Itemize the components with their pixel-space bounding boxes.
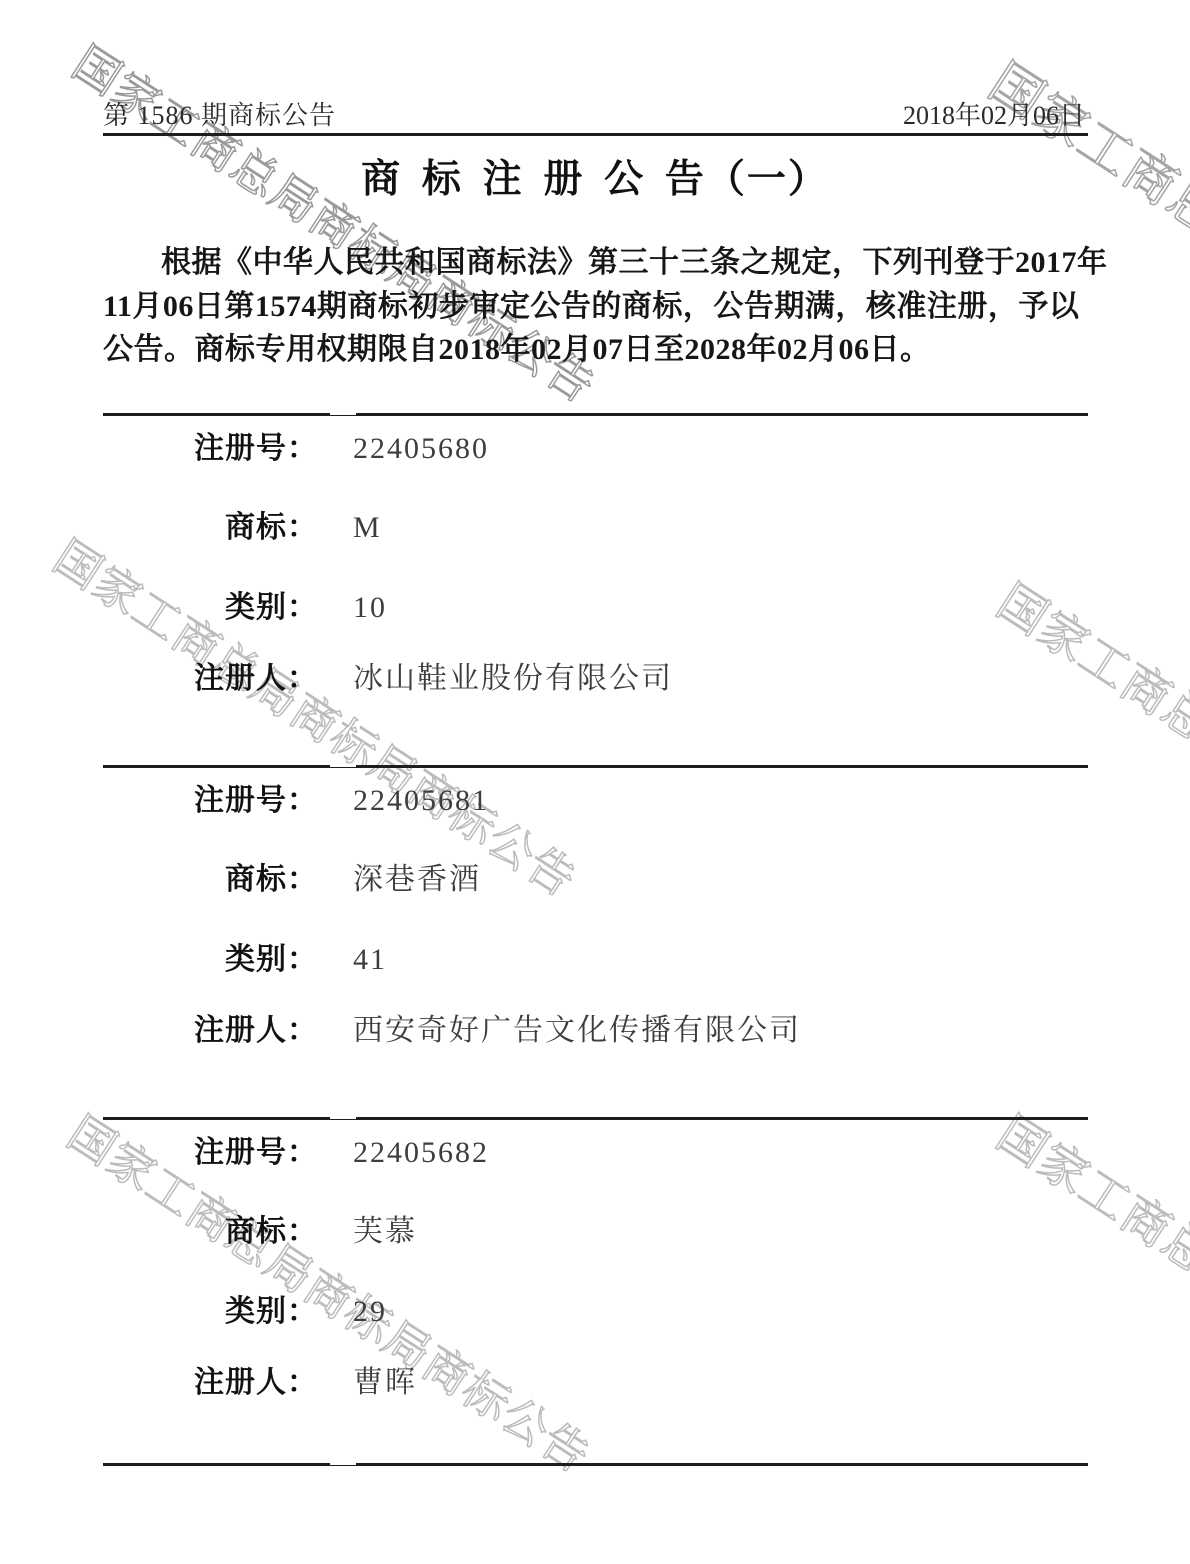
- divider-notch: [330, 413, 356, 415]
- intro-line-2: 11月06日第1574期商标初步审定公告的商标，公告期满，核准注册，予以: [103, 289, 1093, 325]
- class-value: 41: [353, 942, 1053, 978]
- gazette-page: 国家工商总局商标局商标公告 国家工商总局商标局商标公告 国家工商总局商标局商标公…: [0, 0, 1190, 1564]
- trademark-label: 商标：: [103, 510, 318, 546]
- section-divider: [103, 1463, 1088, 1466]
- class-label: 类别：: [103, 590, 318, 626]
- issue-date: 2018年02月06日: [903, 95, 1085, 132]
- class-label: 类别：: [103, 1294, 318, 1330]
- header-divider: [103, 133, 1088, 136]
- registrant-label: 注册人：: [103, 1013, 318, 1049]
- class-label: 类别：: [103, 942, 318, 978]
- reg-no-label: 注册号：: [103, 1135, 318, 1171]
- page-title: 商 标 注 册 公 告（一）: [0, 148, 1190, 204]
- class-value: 10: [353, 590, 1053, 626]
- divider-notch: [330, 1463, 356, 1465]
- trademark-value: M: [353, 510, 1053, 546]
- intro-line-1: 根据《中华人民共和国商标法》第三十三条之规定，下列刊登于2017年: [103, 245, 1151, 281]
- section-divider: [103, 1117, 1088, 1120]
- registrant-value: 曹晖: [353, 1365, 1053, 1401]
- reg-no-value: 22405680: [353, 431, 1053, 467]
- reg-no-label: 注册号：: [103, 783, 318, 819]
- watermark-middle-left: 国家工商总局商标局商标公告: [44, 532, 584, 907]
- class-value: 29: [353, 1294, 1053, 1330]
- issue-number: 第 1586 期商标公告: [103, 95, 336, 132]
- trademark-label: 商标：: [103, 862, 318, 898]
- trademark-value: 芙慕: [353, 1214, 1053, 1250]
- intro-line-3: 公告。商标专用权期限自2018年02月07日至2028年02月06日。: [103, 332, 1093, 368]
- section-divider: [103, 765, 1088, 768]
- reg-no-value: 22405681: [353, 783, 1053, 819]
- registrant-label: 注册人：: [103, 661, 318, 697]
- reg-no-label: 注册号：: [103, 431, 318, 467]
- registrant-label: 注册人：: [103, 1365, 318, 1401]
- reg-no-value: 22405682: [353, 1135, 1053, 1171]
- divider-notch: [330, 1117, 356, 1119]
- registrant-value: 西安奇好广告文化传播有限公司: [353, 1013, 1053, 1049]
- watermark-middle-right: 国家工商总局商标局商标公告: [987, 576, 1190, 967]
- section-divider: [103, 413, 1088, 416]
- divider-notch: [330, 765, 356, 767]
- registrant-value: 冰山鞋业股份有限公司: [353, 661, 1053, 697]
- trademark-label: 商标：: [103, 1214, 318, 1250]
- trademark-value: 深巷香酒: [353, 862, 1053, 898]
